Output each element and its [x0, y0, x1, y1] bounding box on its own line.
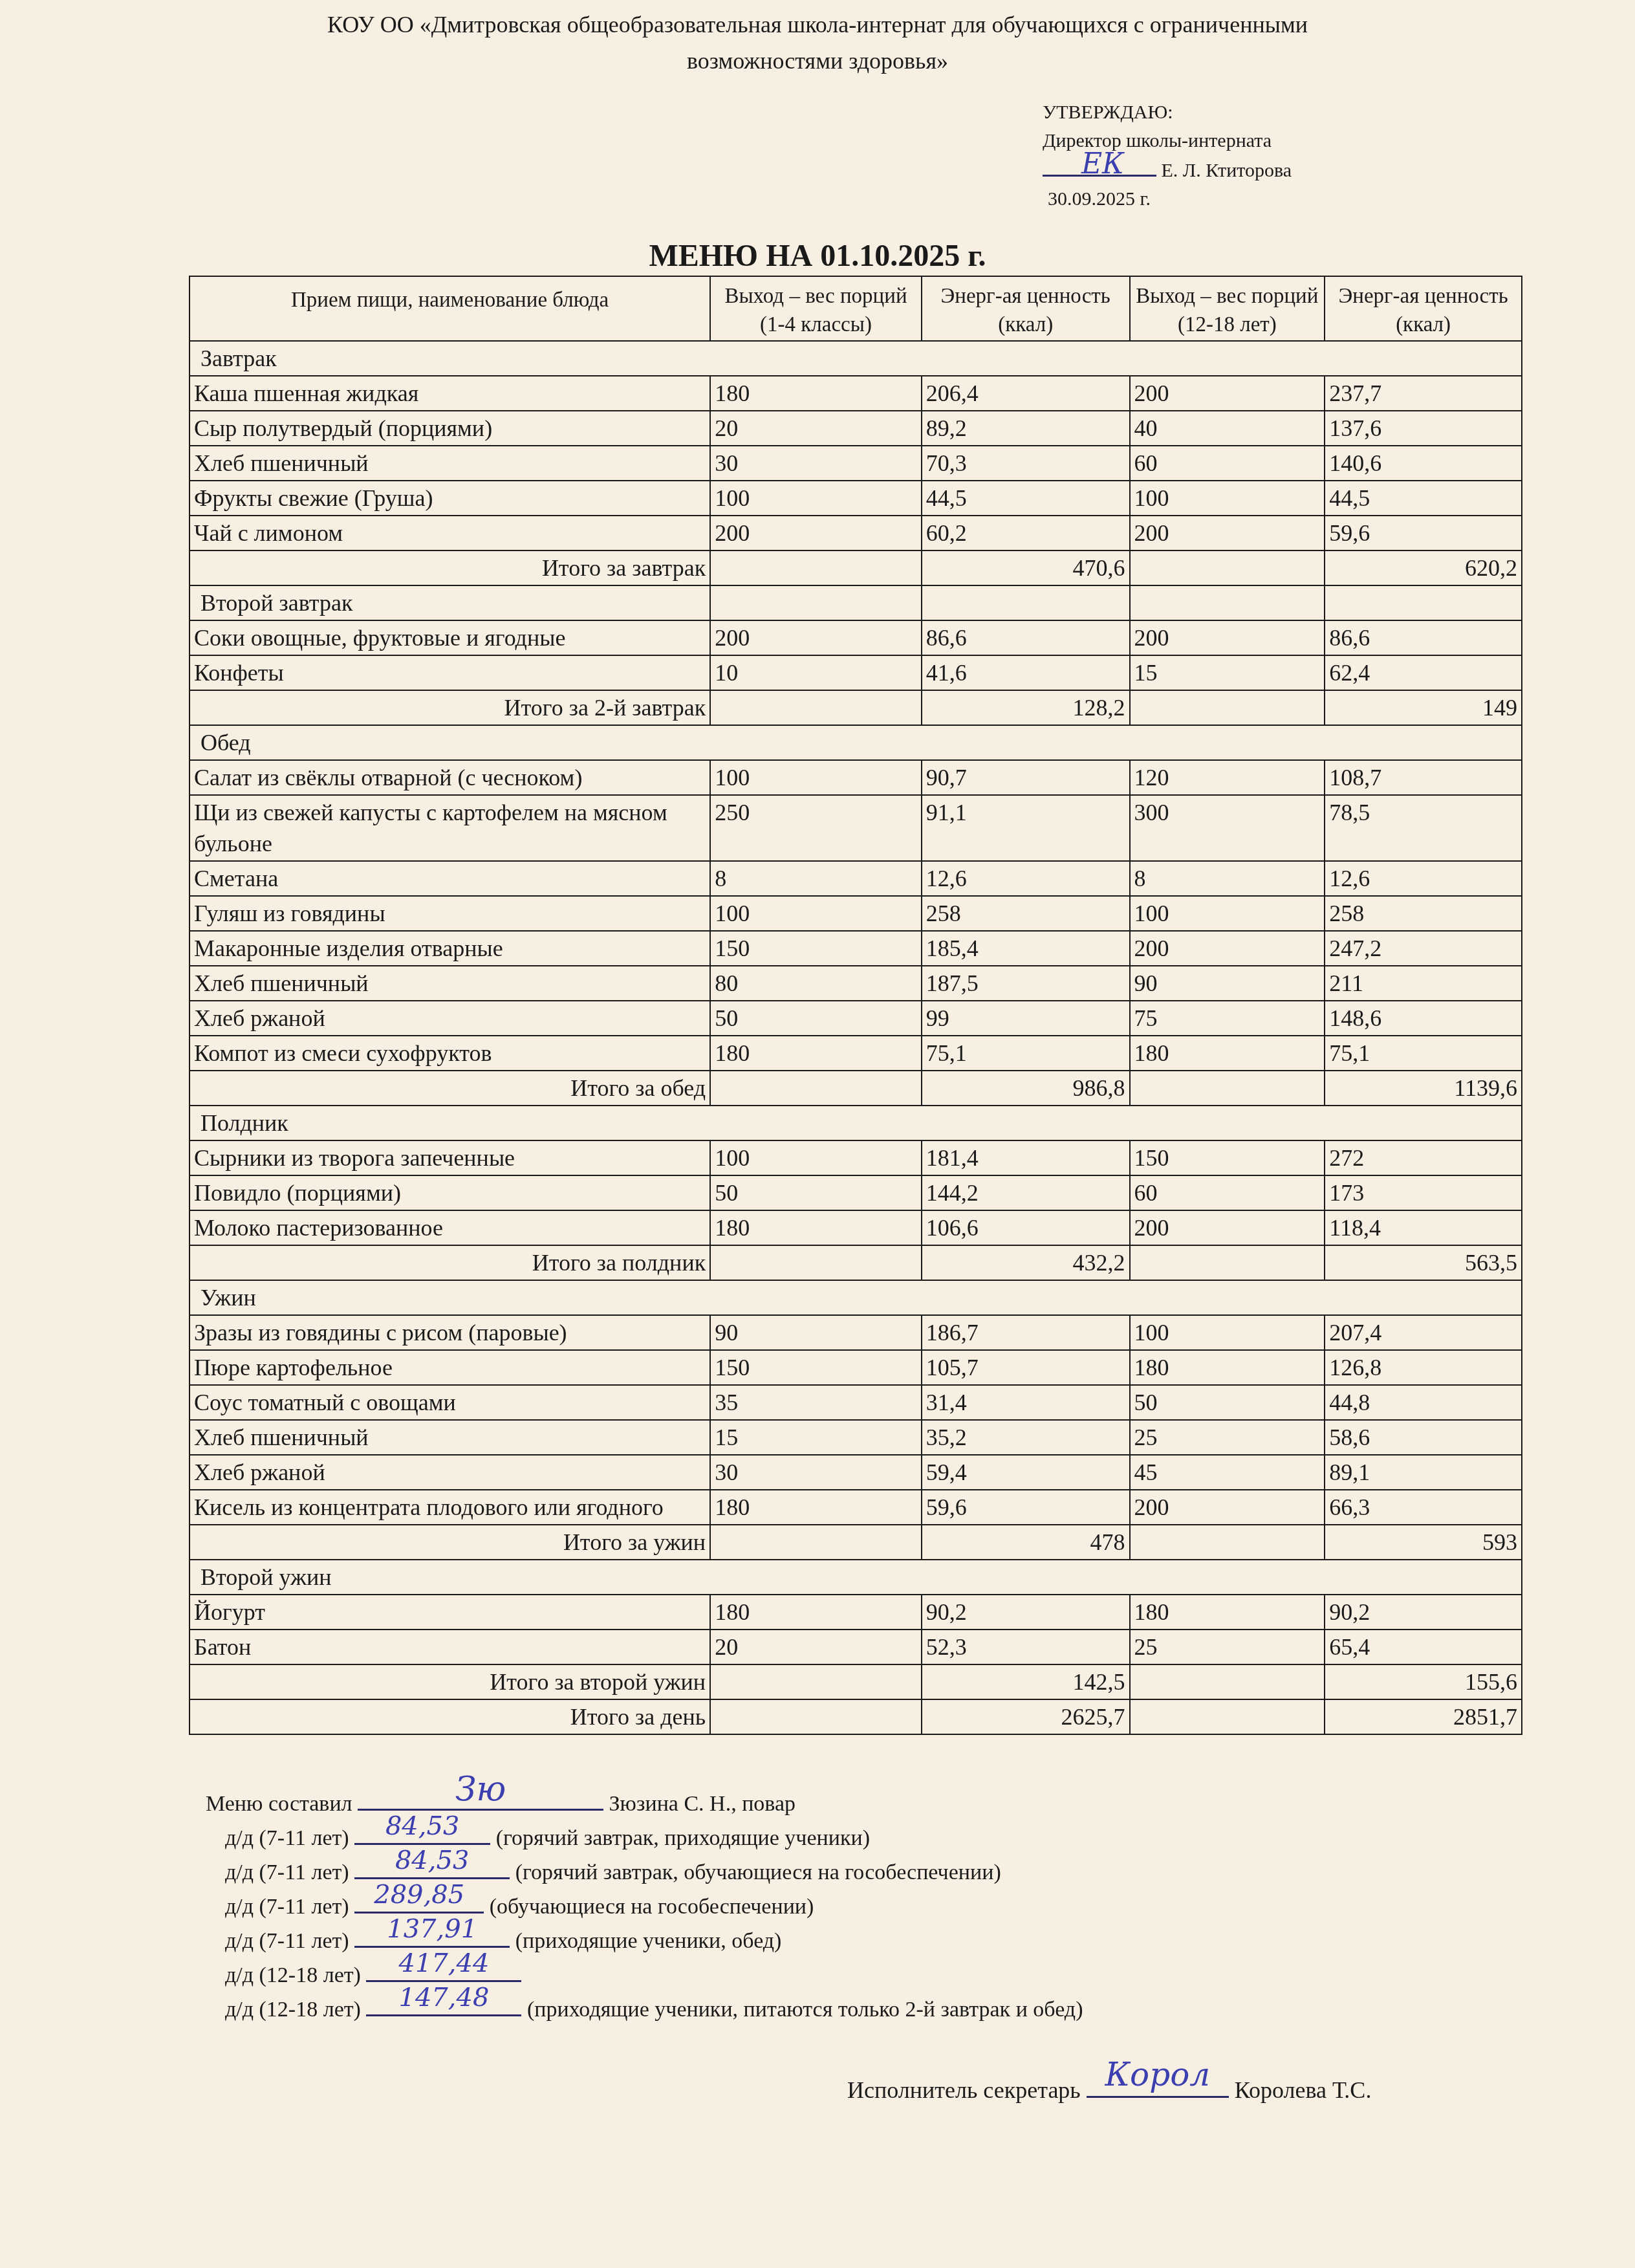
- kcal-1-4: 75,1: [922, 1036, 1130, 1071]
- weight-12-18: 90: [1130, 966, 1325, 1001]
- table-row: Салат из свёклы отварной (с чесноком)100…: [189, 760, 1522, 795]
- kcal-12-18: 66,3: [1325, 1490, 1522, 1525]
- dish-name: Сметана: [189, 861, 710, 896]
- kcal-1-4: 91,1: [922, 795, 1130, 861]
- table-row: Хлеб ржаной509975148,6: [189, 1001, 1522, 1036]
- weight-12-18: 100: [1130, 481, 1325, 516]
- table-row: Фрукты свежие (Груша)10044,510044,5: [189, 481, 1522, 516]
- empty-cell: [1130, 1664, 1325, 1699]
- section-title: Обед: [189, 725, 1522, 760]
- executor-row: Исполнитель секретарь Корол Королева Т.С…: [847, 2070, 1371, 2104]
- dish-name: Сырники из творога запеченные: [189, 1140, 710, 1175]
- weight-12-18: 180: [1130, 1595, 1325, 1630]
- kcal-1-4: 90,2: [922, 1595, 1130, 1630]
- cost-value-blank: 417,44: [366, 1957, 521, 1982]
- empty-cell: [1325, 585, 1522, 620]
- weight-12-18: 200: [1130, 1490, 1325, 1525]
- daily-cost-row: д/д (12-18 лет) 147,48 (приходящие учени…: [206, 1991, 1083, 2025]
- empty-cell: [710, 585, 922, 620]
- dish-name: Соки овощные, фруктовые и ягодные: [189, 620, 710, 655]
- subtotal-kcal-1-4: 470,6: [922, 551, 1130, 585]
- kcal-12-18: 140,6: [1325, 446, 1522, 481]
- section-title: Ужин: [189, 1280, 1522, 1315]
- day-total-kcal-1-4: 2625,7: [922, 1699, 1130, 1734]
- subtotal-row: Итого за ужин478593: [189, 1525, 1522, 1560]
- weight-1-4: 35: [710, 1385, 922, 1420]
- section-title: Полдник: [189, 1106, 1522, 1140]
- table-header-row: Прием пищи, наименование блюда Выход – в…: [189, 276, 1522, 341]
- kcal-12-18: 44,5: [1325, 481, 1522, 516]
- table-row: Хлеб ржаной3059,44589,1: [189, 1455, 1522, 1490]
- kcal-1-4: 60,2: [922, 516, 1130, 551]
- header-kcal-12-18: Энерг-ая ценность (ккал): [1325, 276, 1522, 341]
- weight-1-4: 80: [710, 966, 922, 1001]
- kcal-1-4: 86,6: [922, 620, 1130, 655]
- kcal-1-4: 99: [922, 1001, 1130, 1036]
- kcal-1-4: 187,5: [922, 966, 1130, 1001]
- subtotal-label: Итого за 2-й завтрак: [189, 690, 710, 725]
- weight-1-4: 180: [710, 376, 922, 411]
- cost-age-label: д/д (7-11 лет): [225, 1929, 349, 1953]
- kcal-12-18: 65,4: [1325, 1630, 1522, 1664]
- kcal-12-18: 12,6: [1325, 861, 1522, 896]
- cost-note: (приходящие ученики, обед): [515, 1929, 782, 1953]
- weight-1-4: 30: [710, 446, 922, 481]
- header-dish: Прием пищи, наименование блюда: [189, 276, 710, 341]
- weight-1-4: 200: [710, 516, 922, 551]
- dish-name: Йогурт: [189, 1595, 710, 1630]
- dish-name: Повидло (порциями): [189, 1175, 710, 1210]
- kcal-1-4: 186,7: [922, 1315, 1130, 1350]
- subtotal-kcal-1-4: 432,2: [922, 1245, 1130, 1280]
- weight-1-4: 100: [710, 1140, 922, 1175]
- empty-cell: [710, 690, 922, 725]
- weight-1-4: 10: [710, 655, 922, 690]
- table-row: Соки овощные, фруктовые и ягодные20086,6…: [189, 620, 1522, 655]
- weight-12-18: 25: [1130, 1630, 1325, 1664]
- subtotal-kcal-12-18: 620,2: [1325, 551, 1522, 585]
- table-row: Гуляш из говядины100258100258: [189, 896, 1522, 931]
- table-row: Молоко пастеризованное180106,6200118,4: [189, 1210, 1522, 1245]
- cost-value-handwritten: 84,53: [354, 1811, 490, 1842]
- organization-header: КОУ ОО «Дмитровская общеобразовательная …: [0, 6, 1635, 79]
- cost-value-handwritten: 289,85: [354, 1879, 484, 1910]
- dish-name: Батон: [189, 1630, 710, 1664]
- daily-cost-row: д/д (7-11 лет) 289,85 (обучающиеся на го…: [206, 1888, 1083, 1923]
- table-row: Кисель из концентрата плодового или ягод…: [189, 1490, 1522, 1525]
- section-row: Второй завтрак: [189, 585, 1522, 620]
- composer-signature-blank: Зю: [358, 1785, 603, 1811]
- subtotal-kcal-1-4: 128,2: [922, 690, 1130, 725]
- weight-1-4: 180: [710, 1036, 922, 1071]
- weight-1-4: 150: [710, 1350, 922, 1385]
- kcal-1-4: 41,6: [922, 655, 1130, 690]
- empty-cell: [710, 1245, 922, 1280]
- weight-1-4: 250: [710, 795, 922, 861]
- weight-1-4: 200: [710, 620, 922, 655]
- kcal-12-18: 148,6: [1325, 1001, 1522, 1036]
- weight-1-4: 150: [710, 931, 922, 966]
- weight-1-4: 180: [710, 1595, 922, 1630]
- weight-12-18: 40: [1130, 411, 1325, 446]
- executor-signature: Корол: [1087, 2056, 1229, 2093]
- kcal-12-18: 137,6: [1325, 411, 1522, 446]
- kcal-12-18: 59,6: [1325, 516, 1522, 551]
- weight-1-4: 180: [710, 1210, 922, 1245]
- kcal-12-18: 78,5: [1325, 795, 1522, 861]
- section-row: Ужин: [189, 1280, 1522, 1315]
- table-row: Сметана812,6812,6: [189, 861, 1522, 896]
- subtotal-label: Итого за ужин: [189, 1525, 710, 1560]
- section-row: Завтрак: [189, 341, 1522, 376]
- dish-name: Хлеб пшеничный: [189, 446, 710, 481]
- empty-cell: [1130, 1525, 1325, 1560]
- dish-name: Зразы из говядины с рисом (паровые): [189, 1315, 710, 1350]
- weight-12-18: 100: [1130, 1315, 1325, 1350]
- table-row: Каша пшенная жидкая180206,4200237,7: [189, 376, 1522, 411]
- dish-name: Молоко пастеризованное: [189, 1210, 710, 1245]
- table-row: Йогурт18090,218090,2: [189, 1595, 1522, 1630]
- weight-1-4: 50: [710, 1175, 922, 1210]
- cost-age-label: д/д (7-11 лет): [225, 1826, 349, 1850]
- kcal-1-4: 59,6: [922, 1490, 1130, 1525]
- weight-12-18: 200: [1130, 1210, 1325, 1245]
- empty-cell: [710, 1525, 922, 1560]
- subtotal-kcal-1-4: 986,8: [922, 1071, 1130, 1106]
- weight-12-18: 180: [1130, 1036, 1325, 1071]
- cost-value-blank: 84,53: [354, 1820, 490, 1845]
- kcal-1-4: 12,6: [922, 861, 1130, 896]
- header-kcal-1-4: Энерг-ая ценность (ккал): [922, 276, 1130, 341]
- kcal-12-18: 44,8: [1325, 1385, 1522, 1420]
- kcal-1-4: 90,7: [922, 760, 1130, 795]
- table-row: Хлеб пшеничный3070,360140,6: [189, 446, 1522, 481]
- kcal-12-18: 89,1: [1325, 1455, 1522, 1490]
- cost-note: (горячий завтрак, обучающиеся на гособес…: [515, 1860, 1001, 1884]
- empty-cell: [710, 551, 922, 585]
- section-title: Второй завтрак: [189, 585, 710, 620]
- signature-blank: ЕК: [1043, 155, 1156, 177]
- composer-signature: Зю: [358, 1774, 603, 1805]
- weight-1-4: 15: [710, 1420, 922, 1455]
- subtotal-row: Итого за второй ужин142,5155,6: [189, 1664, 1522, 1699]
- executor-signature-blank: Корол: [1087, 2070, 1229, 2098]
- cost-value-blank: 84,53: [354, 1854, 510, 1879]
- dish-name: Хлеб пшеничный: [189, 1420, 710, 1455]
- dish-name: Конфеты: [189, 655, 710, 690]
- composer-name: Зюзина С. Н., повар: [609, 1792, 796, 1816]
- table-row: Макаронные изделия отварные150185,420024…: [189, 931, 1522, 966]
- empty-cell: [1130, 1245, 1325, 1280]
- cost-value-handwritten: 137,91: [354, 1914, 510, 1945]
- kcal-12-18: 272: [1325, 1140, 1522, 1175]
- dish-name: Соус томатный с овощами: [189, 1385, 710, 1420]
- approval-date: 30.09.2025 г.: [1043, 185, 1292, 213]
- cost-note: (обучающиеся на гособеспечении): [490, 1895, 814, 1919]
- table-row: Зразы из говядины с рисом (паровые)90186…: [189, 1315, 1522, 1350]
- empty-cell: [1130, 585, 1325, 620]
- daily-cost-list: д/д (7-11 лет) 84,53 (горячий завтрак, п…: [206, 1820, 1083, 2025]
- cost-value-blank: 147,48: [366, 1991, 521, 2016]
- empty-cell: [1130, 1071, 1325, 1106]
- approve-label: УТВЕРЖДАЮ:: [1043, 98, 1292, 127]
- weight-12-18: 60: [1130, 446, 1325, 481]
- subtotal-label: Итого за второй ужин: [189, 1664, 710, 1699]
- empty-cell: [1130, 1699, 1325, 1734]
- subtotal-kcal-1-4: 142,5: [922, 1664, 1130, 1699]
- kcal-1-4: 44,5: [922, 481, 1130, 516]
- subtotal-kcal-12-18: 593: [1325, 1525, 1522, 1560]
- weight-12-18: 8: [1130, 861, 1325, 896]
- dish-name: Гуляш из говядины: [189, 896, 710, 931]
- dish-name: Компот из смеси сухофруктов: [189, 1036, 710, 1071]
- subtotal-kcal-12-18: 563,5: [1325, 1245, 1522, 1280]
- dish-name: Хлеб пшеничный: [189, 966, 710, 1001]
- subtotal-kcal-12-18: 149: [1325, 690, 1522, 725]
- weight-12-18: 120: [1130, 760, 1325, 795]
- weight-12-18: 200: [1130, 376, 1325, 411]
- dish-name: Щи из свежей капусты с картофелем на мяс…: [189, 795, 710, 861]
- kcal-1-4: 31,4: [922, 1385, 1130, 1420]
- kcal-12-18: 90,2: [1325, 1595, 1522, 1630]
- subtotal-label: Итого за завтрак: [189, 551, 710, 585]
- table-row: Сыр полутвердый (порциями)2089,240137,6: [189, 411, 1522, 446]
- approver-signature-line: ЕК Е. Л. Ктиторова: [1043, 155, 1292, 185]
- weight-12-18: 45: [1130, 1455, 1325, 1490]
- cost-age-label: д/д (12-18 лет): [225, 1963, 361, 1987]
- subtotal-kcal-12-18: 1139,6: [1325, 1071, 1522, 1106]
- cost-age-label: д/д (12-18 лет): [225, 1998, 361, 2022]
- weight-12-18: 100: [1130, 896, 1325, 931]
- subtotal-label: Итого за полдник: [189, 1245, 710, 1280]
- table-row: Хлеб пшеничный80187,590211: [189, 966, 1522, 1001]
- weight-1-4: 100: [710, 481, 922, 516]
- composer-label: Меню составил: [206, 1792, 352, 1816]
- weight-12-18: 60: [1130, 1175, 1325, 1210]
- day-total-kcal-12-18: 2851,7: [1325, 1699, 1522, 1734]
- weight-12-18: 200: [1130, 620, 1325, 655]
- weight-12-18: 50: [1130, 1385, 1325, 1420]
- cost-value-handwritten: 417,44: [366, 1948, 521, 1979]
- subtotal-label: Итого за обед: [189, 1071, 710, 1106]
- subtotal-kcal-12-18: 155,6: [1325, 1664, 1522, 1699]
- executor-name: Королева Т.С.: [1235, 2077, 1372, 2103]
- dish-name: Хлеб ржаной: [189, 1455, 710, 1490]
- header-weight-12-18: Выход – вес порций (12-18 лет): [1130, 276, 1325, 341]
- weight-1-4: 90: [710, 1315, 922, 1350]
- header-weight-1-4: Выход – вес порций (1-4 классы): [710, 276, 922, 341]
- table-row: Пюре картофельное150105,7180126,8: [189, 1350, 1522, 1385]
- weight-12-18: 200: [1130, 931, 1325, 966]
- table-row: Чай с лимоном20060,220059,6: [189, 516, 1522, 551]
- org-line-1: КОУ ОО «Дмитровская общеобразовательная …: [0, 6, 1635, 43]
- executor-label: Исполнитель секретарь: [847, 2077, 1081, 2103]
- section-row: Второй ужин: [189, 1560, 1522, 1595]
- approver-name: Е. Л. Ктиторова: [1162, 160, 1292, 181]
- table-row: Конфеты1041,61562,4: [189, 655, 1522, 690]
- cost-note: (приходящие ученики, питаются только 2-й…: [527, 1998, 1083, 2022]
- menu-body: ЗавтракКаша пшенная жидкая180206,4200237…: [189, 341, 1522, 1734]
- empty-cell: [710, 1071, 922, 1106]
- kcal-12-18: 211: [1325, 966, 1522, 1001]
- weight-1-4: 50: [710, 1001, 922, 1036]
- day-total-label: Итого за день: [189, 1699, 710, 1734]
- empty-cell: [710, 1664, 922, 1699]
- kcal-1-4: 185,4: [922, 931, 1130, 966]
- kcal-1-4: 206,4: [922, 376, 1130, 411]
- kcal-1-4: 105,7: [922, 1350, 1130, 1385]
- director-signature: ЕК: [1081, 150, 1124, 179]
- table-row: Компот из смеси сухофруктов18075,118075,…: [189, 1036, 1522, 1071]
- subtotal-row: Итого за обед986,81139,6: [189, 1071, 1522, 1106]
- footer-block: Меню составил Зю Зюзина С. Н., повар д/д…: [206, 1785, 1083, 2025]
- kcal-12-18: 126,8: [1325, 1350, 1522, 1385]
- dish-name: Сыр полутвердый (порциями): [189, 411, 710, 446]
- weight-12-18: 15: [1130, 655, 1325, 690]
- weight-12-18: 300: [1130, 795, 1325, 861]
- dish-name: Пюре картофельное: [189, 1350, 710, 1385]
- weight-12-18: 150: [1130, 1140, 1325, 1175]
- empty-cell: [710, 1699, 922, 1734]
- cost-note: (горячий завтрак, приходящие ученики): [496, 1826, 870, 1850]
- subtotal-kcal-1-4: 478: [922, 1525, 1130, 1560]
- kcal-12-18: 108,7: [1325, 760, 1522, 795]
- cost-value-handwritten: 84,53: [354, 1845, 510, 1876]
- weight-1-4: 8: [710, 861, 922, 896]
- weight-1-4: 180: [710, 1490, 922, 1525]
- composer-row: Меню составил Зю Зюзина С. Н., повар: [206, 1785, 1083, 1820]
- kcal-12-18: 86,6: [1325, 620, 1522, 655]
- weight-1-4: 20: [710, 1630, 922, 1664]
- section-title: Второй ужин: [189, 1560, 1522, 1595]
- table-row: Повидло (порциями)50144,260173: [189, 1175, 1522, 1210]
- kcal-1-4: 70,3: [922, 446, 1130, 481]
- kcal-1-4: 144,2: [922, 1175, 1130, 1210]
- cost-age-label: д/д (7-11 лет): [225, 1895, 349, 1919]
- dish-name: Чай с лимоном: [189, 516, 710, 551]
- weight-1-4: 20: [710, 411, 922, 446]
- subtotal-row: Итого за 2-й завтрак128,2149: [189, 690, 1522, 725]
- approval-block: УТВЕРЖДАЮ: Директор школы-интерната ЕК Е…: [1043, 98, 1292, 213]
- table-row: Сырники из творога запеченные100181,4150…: [189, 1140, 1522, 1175]
- section-row: Обед: [189, 725, 1522, 760]
- kcal-12-18: 58,6: [1325, 1420, 1522, 1455]
- empty-cell: [1130, 690, 1325, 725]
- table-row: Соус томатный с овощами3531,45044,8: [189, 1385, 1522, 1420]
- kcal-1-4: 258: [922, 896, 1130, 931]
- daily-cost-row: д/д (7-11 лет) 84,53 (горячий завтрак, о…: [206, 1854, 1083, 1888]
- weight-12-18: 200: [1130, 516, 1325, 551]
- dish-name: Фрукты свежие (Груша): [189, 481, 710, 516]
- weight-1-4: 30: [710, 1455, 922, 1490]
- daily-cost-row: д/д (7-11 лет) 84,53 (горячий завтрак, п…: [206, 1820, 1083, 1854]
- daily-cost-row: д/д (12-18 лет) 417,44: [206, 1957, 1083, 1991]
- menu-table: Прием пищи, наименование блюда Выход – в…: [189, 276, 1522, 1735]
- weight-12-18: 25: [1130, 1420, 1325, 1455]
- daily-cost-row: д/д (7-11 лет) 137,91 (приходящие ученик…: [206, 1923, 1083, 1957]
- kcal-12-18: 118,4: [1325, 1210, 1522, 1245]
- section-title: Завтрак: [189, 341, 1522, 376]
- page-title: МЕНЮ НА 01.10.2025 г.: [0, 238, 1635, 274]
- kcal-12-18: 258: [1325, 896, 1522, 931]
- subtotal-row: Итого за полдник432,2563,5: [189, 1245, 1522, 1280]
- kcal-1-4: 181,4: [922, 1140, 1130, 1175]
- kcal-12-18: 207,4: [1325, 1315, 1522, 1350]
- subtotal-row: Итого за завтрак470,6620,2: [189, 551, 1522, 585]
- kcal-12-18: 247,2: [1325, 931, 1522, 966]
- org-line-2: возможностями здоровья»: [0, 43, 1635, 79]
- kcal-1-4: 59,4: [922, 1455, 1130, 1490]
- empty-cell: [922, 585, 1130, 620]
- kcal-1-4: 35,2: [922, 1420, 1130, 1455]
- dish-name: Макаронные изделия отварные: [189, 931, 710, 966]
- dish-name: Каша пшенная жидкая: [189, 376, 710, 411]
- kcal-12-18: 75,1: [1325, 1036, 1522, 1071]
- dish-name: Хлеб ржаной: [189, 1001, 710, 1036]
- kcal-1-4: 106,6: [922, 1210, 1130, 1245]
- cost-value-blank: 289,85: [354, 1888, 484, 1914]
- dish-name: Кисель из концентрата плодового или ягод…: [189, 1490, 710, 1525]
- table-row: Батон2052,32565,4: [189, 1630, 1522, 1664]
- table-row: Щи из свежей капусты с картофелем на мяс…: [189, 795, 1522, 861]
- kcal-1-4: 52,3: [922, 1630, 1130, 1664]
- weight-1-4: 100: [710, 896, 922, 931]
- weight-1-4: 100: [710, 760, 922, 795]
- kcal-12-18: 237,7: [1325, 376, 1522, 411]
- empty-cell: [1130, 551, 1325, 585]
- kcal-12-18: 62,4: [1325, 655, 1522, 690]
- weight-12-18: 180: [1130, 1350, 1325, 1385]
- table-row: Хлеб пшеничный1535,22558,6: [189, 1420, 1522, 1455]
- section-row: Полдник: [189, 1106, 1522, 1140]
- weight-12-18: 75: [1130, 1001, 1325, 1036]
- approver-position: Директор школы-интерната: [1043, 127, 1292, 155]
- kcal-12-18: 173: [1325, 1175, 1522, 1210]
- cost-age-label: д/д (7-11 лет): [225, 1860, 349, 1884]
- cost-value-handwritten: 147,48: [366, 1982, 521, 2013]
- day-total-row: Итого за день2625,72851,7: [189, 1699, 1522, 1734]
- dish-name: Салат из свёклы отварной (с чесноком): [189, 760, 710, 795]
- kcal-1-4: 89,2: [922, 411, 1130, 446]
- cost-value-blank: 137,91: [354, 1923, 510, 1948]
